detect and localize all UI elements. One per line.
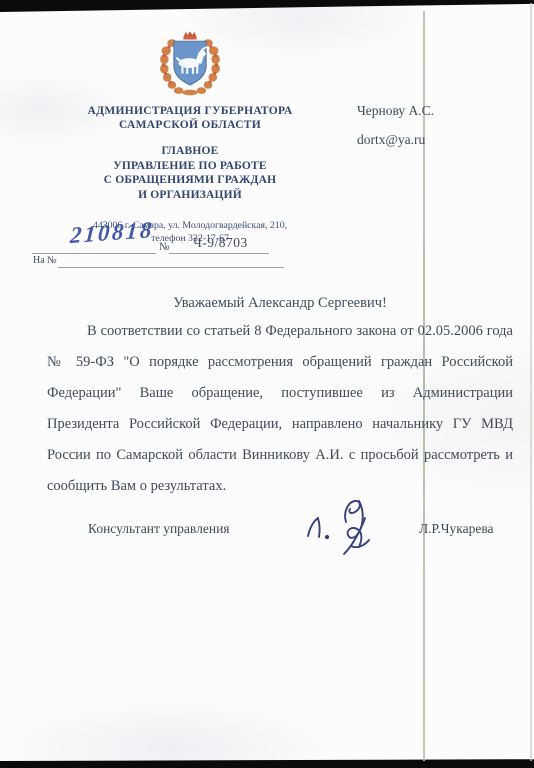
scan-edge-top	[0, 0, 534, 13]
department-line: ГЛАВНОЕ	[30, 144, 350, 159]
reply-to-label: На №	[33, 255, 57, 266]
signature-icon	[296, 484, 400, 560]
department-name: ГЛАВНОЕ УПРАВЛЕНИЕ ПО РАБОТЕ С ОБРАЩЕНИЯ…	[30, 144, 350, 202]
recipient-email: dortx@ya.ru	[357, 132, 434, 148]
handwritten-date: 210818	[69, 217, 155, 249]
salutation: Уважаемый Александр Сергеевич!	[47, 295, 513, 312]
number-underline	[169, 252, 269, 254]
scan-edge-right	[530, 3, 532, 761]
recipient-name: Чернову А.С.	[357, 103, 434, 119]
samara-coat-of-arms-icon	[152, 28, 228, 100]
date-underline	[32, 252, 156, 254]
recipient-block: Чернову А.С. dortx@ya.ru	[357, 103, 434, 148]
reply-underline	[58, 266, 284, 268]
number-sign: №	[159, 241, 170, 253]
signer-position: Консультант управления	[88, 521, 230, 537]
scanned-letter-page: АДМИНИСТРАЦИЯ ГУБЕРНАТОРА САМАРСКОЙ ОБЛА…	[0, 0, 534, 768]
letter-body-paragraph: В соответствии со статьей 8 Федерального…	[47, 316, 513, 502]
outgoing-number: Ч-9/8703	[193, 235, 248, 251]
organization-line: АДМИНИСТРАЦИЯ ГУБЕРНАТОРА	[30, 105, 350, 119]
department-line: И ОРГАНИЗАЦИЙ	[30, 188, 350, 203]
reference-block: 210818 № Ч-9/8703 На №	[30, 222, 370, 272]
letterhead: АДМИНИСТРАЦИЯ ГУБЕРНАТОРА САМАРСКОЙ ОБЛА…	[30, 28, 350, 245]
department-line: УПРАВЛЕНИЕ ПО РАБОТЕ	[30, 159, 350, 174]
scan-edge-bottom	[0, 758, 534, 768]
signer-name: Л.Р.Чукарева	[419, 521, 494, 537]
organization-line: САМАРСКОЙ ОБЛАСТИ	[30, 119, 350, 133]
organization-name: АДМИНИСТРАЦИЯ ГУБЕРНАТОРА САМАРСКОЙ ОБЛА…	[30, 105, 350, 132]
department-line: С ОБРАЩЕНИЯМИ ГРАЖДАН	[30, 173, 350, 188]
